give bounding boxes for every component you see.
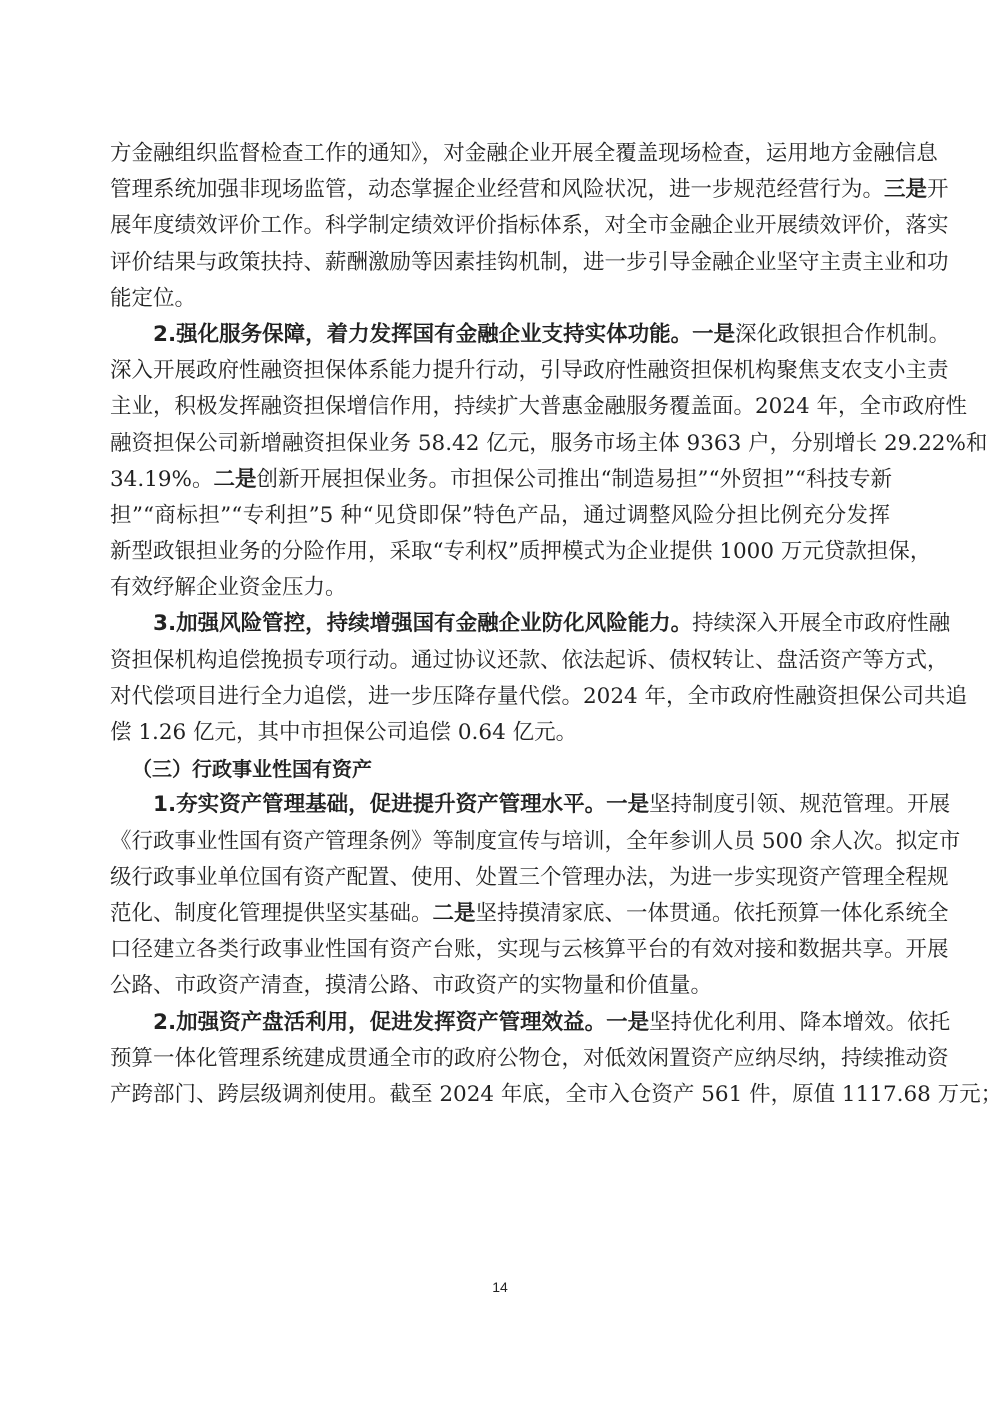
text-line: 产跨部门、跨层级调剂使用。截至 2024 年底，全市入仓资产 561 件，原值 … xyxy=(110,1077,890,1113)
text-line: 方金融组织监督检查工作的通知》，对金融企业开展全覆盖现场检查，运用地方金融信息 xyxy=(110,136,890,172)
paragraph-heading-line: 1.夯实资产管理基础，促进提升资产管理水平。一是坚持制度引领、规范管理。开展 xyxy=(110,787,890,823)
text-line: 管理系统加强非现场监管，动态掌握企业经营和风险状况，进一步规范经营行为。三是开 xyxy=(110,172,890,208)
section-heading: （三）行政事业性国有资产 xyxy=(110,751,890,787)
text-line: 偿 1.26 亿元，其中市担保公司追偿 0.64 亿元。 xyxy=(110,715,890,751)
paragraph-heading-line: 2.强化服务保障，着力发挥国有金融企业支持实体功能。一是深化政银担合作机制。 xyxy=(110,317,890,353)
text-line: 主业，积极发挥融资担保增信作用，持续扩大普惠金融服务覆盖面。2024 年，全市政… xyxy=(110,389,890,425)
text-line: 新型政银担业务的分险作用，采取“专利权”质押模式为企业提供 1000 万元贷款担… xyxy=(110,534,890,570)
text-line: 对代偿项目进行全力追偿，进一步压降存量代偿。2024 年，全市政府性融资担保公司… xyxy=(110,679,890,715)
text-line: 展年度绩效评价工作。科学制定绩效评价指标体系，对全市金融企业开展绩效评价，落实 xyxy=(110,208,890,244)
text-line: 深入开展政府性融资担保体系能力提升行动，引导政府性融资担保机构聚焦支农支小主责 xyxy=(110,353,890,389)
text-line: 能定位。 xyxy=(110,281,890,317)
paragraph-heading-line: 3.加强风险管控，持续增强国有金融企业防化风险能力。持续深入开展全市政府性融 xyxy=(110,606,890,642)
text-line: 融资担保公司新增融资担保业务 58.42 亿元，服务市场主体 9363 户，分别… xyxy=(110,426,890,462)
text-line: 34.19%。二是创新开展担保业务。市担保公司推出“制造易担”“外贸担”“科技专… xyxy=(110,462,890,498)
paragraph-heading-line: 2.加强资产盘活利用，促进发挥资产管理效益。一是坚持优化利用、降本增效。依托 xyxy=(110,1005,890,1041)
text-line: 口径建立各类行政事业性国有资产台账，实现与云核算平台的有效对接和数据共享。开展 xyxy=(110,932,890,968)
page-number: 14 xyxy=(0,1279,1000,1295)
document-body: 方金融组织监督检查工作的通知》，对金融企业开展全覆盖现场检查，运用地方金融信息 … xyxy=(110,136,890,1113)
text-line: 有效纾解企业资金压力。 xyxy=(110,570,890,606)
text-line: 预算一体化管理系统建成贯通全市的政府公物仓，对低效闲置资产应纳尽纳，持续推动资 xyxy=(110,1041,890,1077)
text-line: 范化、制度化管理提供坚实基础。二是坚持摸清家底、一体贯通。依托预算一体化系统全 xyxy=(110,896,890,932)
text-line: 担”“商标担”“专利担”5 种“见贷即保”特色产品，通过调整风险分担比例充分发挥 xyxy=(110,498,890,534)
text-line: 级行政事业单位国有资产配置、使用、处置三个管理办法，为进一步实现资产管理全程规 xyxy=(110,860,890,896)
text-line: 公路、市政资产清查，摸清公路、市政资产的实物量和价值量。 xyxy=(110,968,890,1004)
text-line: 《行政事业性国有资产管理条例》等制度宣传与培训，全年参训人员 500 余人次。拟… xyxy=(110,824,890,860)
text-line: 评价结果与政策扶持、薪酬激励等因素挂钩机制，进一步引导金融企业坚守主责主业和功 xyxy=(110,245,890,281)
text-line: 资担保机构追偿挽损专项行动。通过协议还款、依法起诉、债权转让、盘活资产等方式， xyxy=(110,643,890,679)
